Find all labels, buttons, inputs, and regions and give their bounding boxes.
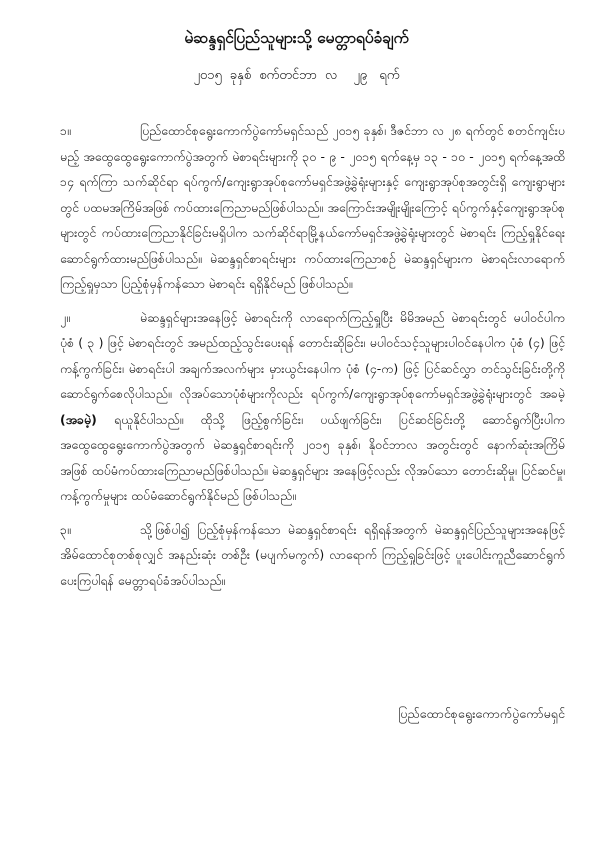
date-day-label: ရက် [379, 68, 399, 83]
document-body: ၁။ ပြည်ထောင်စုရွေးကောက်ပွဲကော်မရှင်သည် ၂… [60, 118, 565, 601]
document-date: ၂၀၁၅ခုနှစ်စက်တင်ဘာလ ၂၉ ရက် [0, 66, 593, 86]
paragraph-number: ၁။ [60, 118, 71, 144]
date-day: ၂၉ [353, 68, 367, 83]
date-year-label: ခုနှစ် [230, 68, 251, 83]
paragraph-text-part-2: ရယူနိုင်ပါသည်။ ထိုသို့ ဖြည့်စွက်ခြင်း၊ ပ… [60, 412, 565, 504]
paragraph-2: ၂။ မဲဆန္ဒရှင်များအနေဖြင့် မဲစာရင်းကို လာ… [60, 305, 565, 509]
paragraph-bold-text: (အခမဲ့) [60, 412, 97, 427]
date-year: ၂၀၁၅ [194, 68, 222, 83]
paragraph-text: သို့ဖြစ်ပါ၍ ပြည့်စုံမှန်ကန်သော မဲဆန္ဒရှင… [60, 522, 565, 588]
date-month-label: လ [325, 68, 337, 83]
paragraph-1: ၁။ ပြည်ထောင်စုရွေးကောက်ပွဲကော်မရှင်သည် ၂… [60, 118, 565, 297]
document-title: မဲဆန္ဒရှင်ပြည်သူများသို့ မေတ္တာရပ်ခံချက် [0, 27, 593, 49]
signature-issuer: ပြည်ထောင်စုရွေးကောက်ပွဲကော်မရှင် [398, 703, 565, 725]
paragraph-number: ၂။ [60, 305, 70, 331]
date-month: စက်တင်ဘာ [259, 68, 317, 83]
paragraph-number: ၃။ [60, 517, 71, 543]
document-page: မဲဆန္ဒရှင်ပြည်သူများသို့ မေတ္တာရပ်ခံချက်… [0, 0, 593, 855]
paragraph-text: ပြည်ထောင်စုရွေးကောက်ပွဲကော်မရှင်သည် ၂၀၁၅… [60, 123, 565, 291]
paragraph-3: ၃။ သို့ဖြစ်ပါ၍ ပြည့်စုံမှန်ကန်သော မဲဆန္ဒ… [60, 517, 565, 594]
paragraph-text-part-1: မဲဆန္ဒရှင်များအနေဖြင့် မဲစာရင်းကို လာရော… [60, 310, 565, 402]
